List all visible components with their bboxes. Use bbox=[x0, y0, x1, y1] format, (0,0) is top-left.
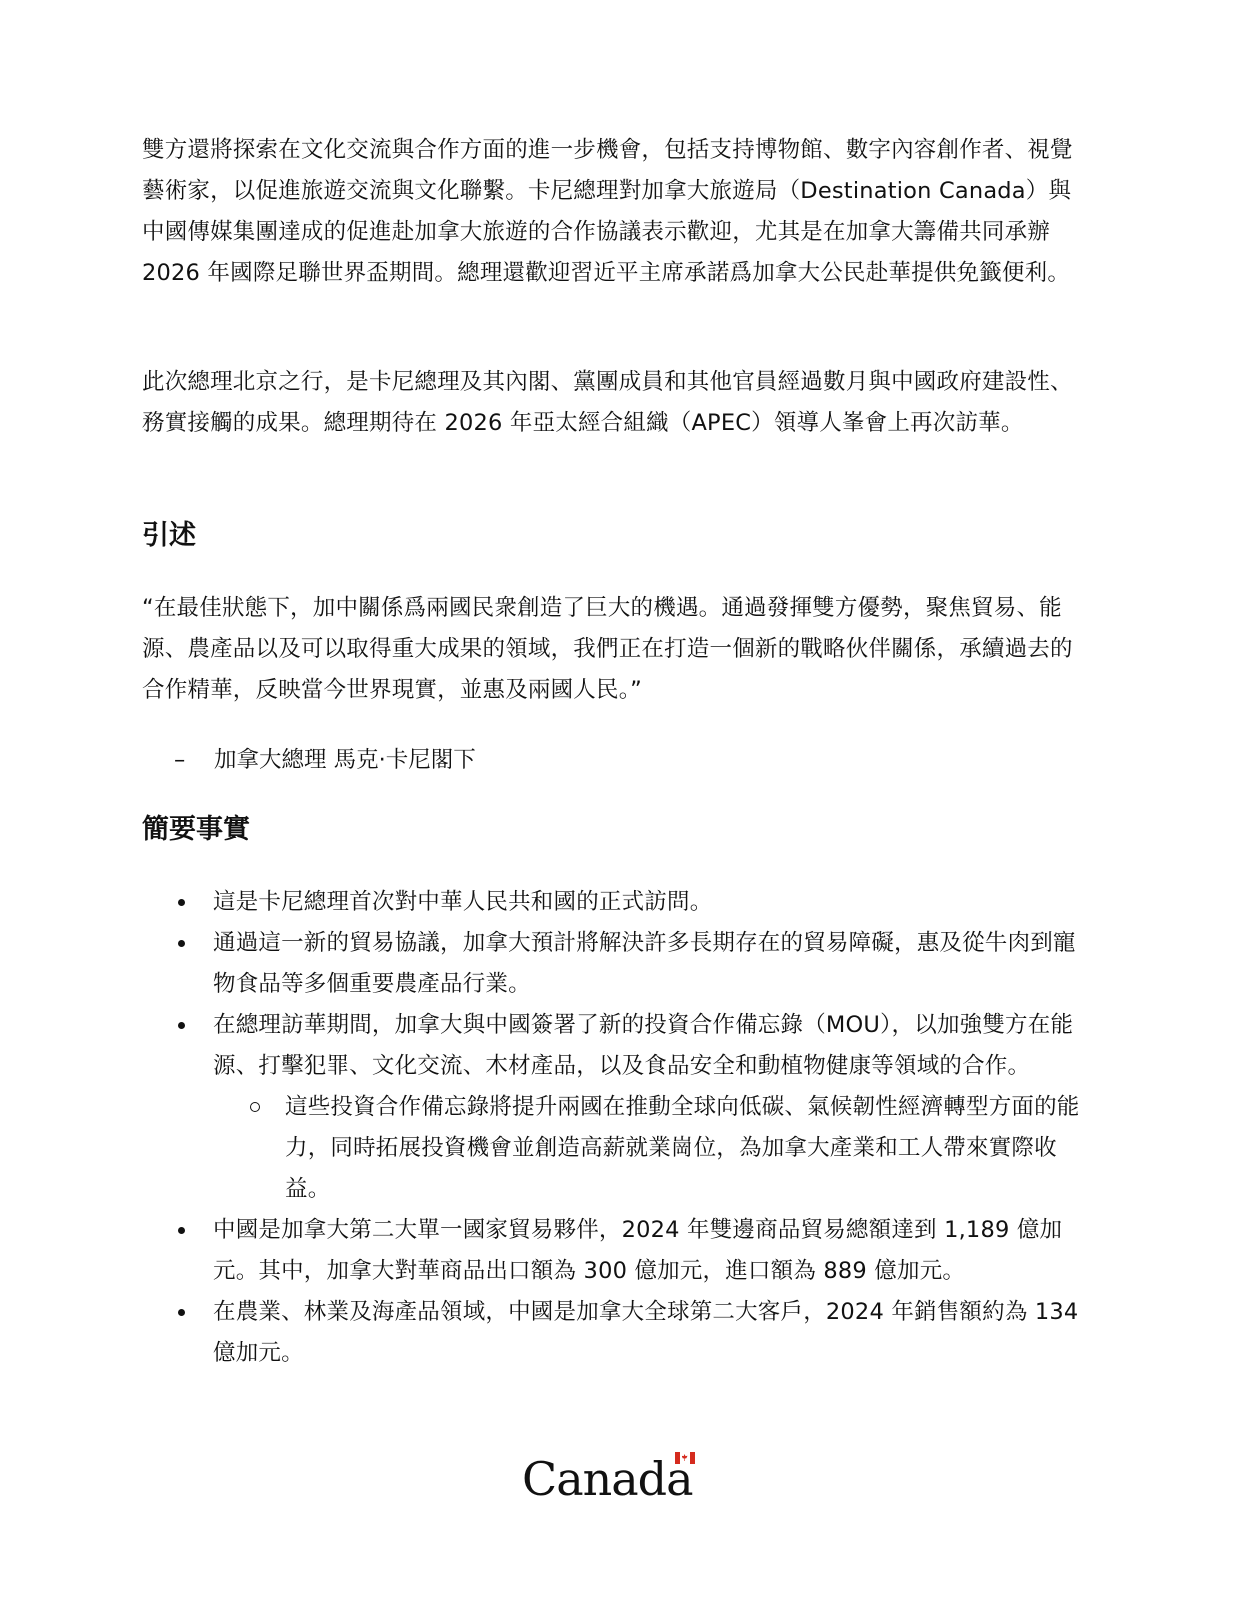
quote-heading: 引述 bbox=[142, 516, 196, 556]
attribution-dash: – bbox=[174, 740, 214, 781]
sub-facts-list: 這些投資合作備忘錄將提升兩國在推動全球向低碳、氣候韌性經濟轉型方面的能力，同時拓… bbox=[213, 1087, 1082, 1210]
fact-item: 中國是加拿大第二大單一國家貿易夥伴，2024 年雙邊商品貿易總額達到 1,189… bbox=[142, 1210, 1082, 1292]
bullet-icon bbox=[178, 899, 185, 906]
fact-text: 在總理訪華期間，加拿大與中國簽署了新的投資合作備忘錄（MOU），以加強雙方在能源… bbox=[213, 1012, 1073, 1079]
fact-item: 在農業、林業及海產品領域，中國是加拿大全球第二大客戶，2024 年銷售額約為 1… bbox=[142, 1292, 1082, 1374]
paragraph-beijing-visit: 此次總理北京之行，是卡尼總理及其內閣、黨團成員和其他官員經過數月與中國政府建設性… bbox=[142, 362, 1082, 444]
attribution-text: 加拿大總理 馬克·卡尼閣下 bbox=[214, 740, 476, 781]
sub-fact-text: 這些投資合作備忘錄將提升兩國在推動全球向低碳、氣候韌性經濟轉型方面的能力，同時拓… bbox=[285, 1094, 1080, 1202]
fact-text: 通過這一新的貿易協議，加拿大預計將解決許多長期存在的貿易障礙，惠及從牛肉到寵物食… bbox=[213, 930, 1076, 997]
fact-item: 通過這一新的貿易協議，加拿大預計將解決許多長期存在的貿易障礙，惠及從牛肉到寵物食… bbox=[142, 923, 1082, 1005]
sub-fact-item: 這些投資合作備忘錄將提升兩國在推動全球向低碳、氣候韌性經濟轉型方面的能力，同時拓… bbox=[142, 1087, 1082, 1210]
fact-text: 在農業、林業及海產品領域，中國是加拿大全球第二大客戶，2024 年銷售額約為 1… bbox=[213, 1299, 1078, 1366]
maple-leaf-icon bbox=[682, 1454, 688, 1461]
fact-text: 中國是加拿大第二大單一國家貿易夥伴，2024 年雙邊商品貿易總額達到 1,189… bbox=[213, 1217, 1062, 1284]
facts-list: 這是卡尼總理首次對中華人民共和國的正式訪問。 通過這一新的貿易協議，加拿大預計將… bbox=[142, 882, 1082, 1374]
quote-text: “在最佳狀態下，加中關係爲兩國民衆創造了巨大的機遇。通過發揮雙方優勢，聚焦貿易、… bbox=[142, 588, 1082, 711]
bullet-icon bbox=[178, 1309, 185, 1316]
canada-wordmark-logo: Canada bbox=[522, 1452, 693, 1502]
bullet-icon bbox=[178, 1227, 185, 1234]
fact-item: 這是卡尼總理首次對中華人民共和國的正式訪問。 bbox=[142, 882, 1082, 923]
bullet-icon bbox=[178, 1022, 185, 1029]
canada-flag-icon bbox=[675, 1452, 695, 1464]
fact-item: 在總理訪華期間，加拿大與中國簽署了新的投資合作備忘錄（MOU），以加強雙方在能源… bbox=[142, 1005, 1082, 1210]
paragraph-cultural-exchange: 雙方還將探索在文化交流與合作方面的進一步機會，包括支持博物館、數字內容創作者、視… bbox=[142, 130, 1082, 294]
hollow-bullet-icon bbox=[250, 1102, 260, 1112]
bullet-icon bbox=[178, 940, 185, 947]
wordmark-text: Canada bbox=[522, 1456, 693, 1502]
quote-attribution: – 加拿大總理 馬克·卡尼閣下 bbox=[174, 740, 476, 781]
facts-heading: 簡要事實 bbox=[142, 810, 250, 850]
fact-text: 這是卡尼總理首次對中華人民共和國的正式訪問。 bbox=[213, 889, 712, 915]
